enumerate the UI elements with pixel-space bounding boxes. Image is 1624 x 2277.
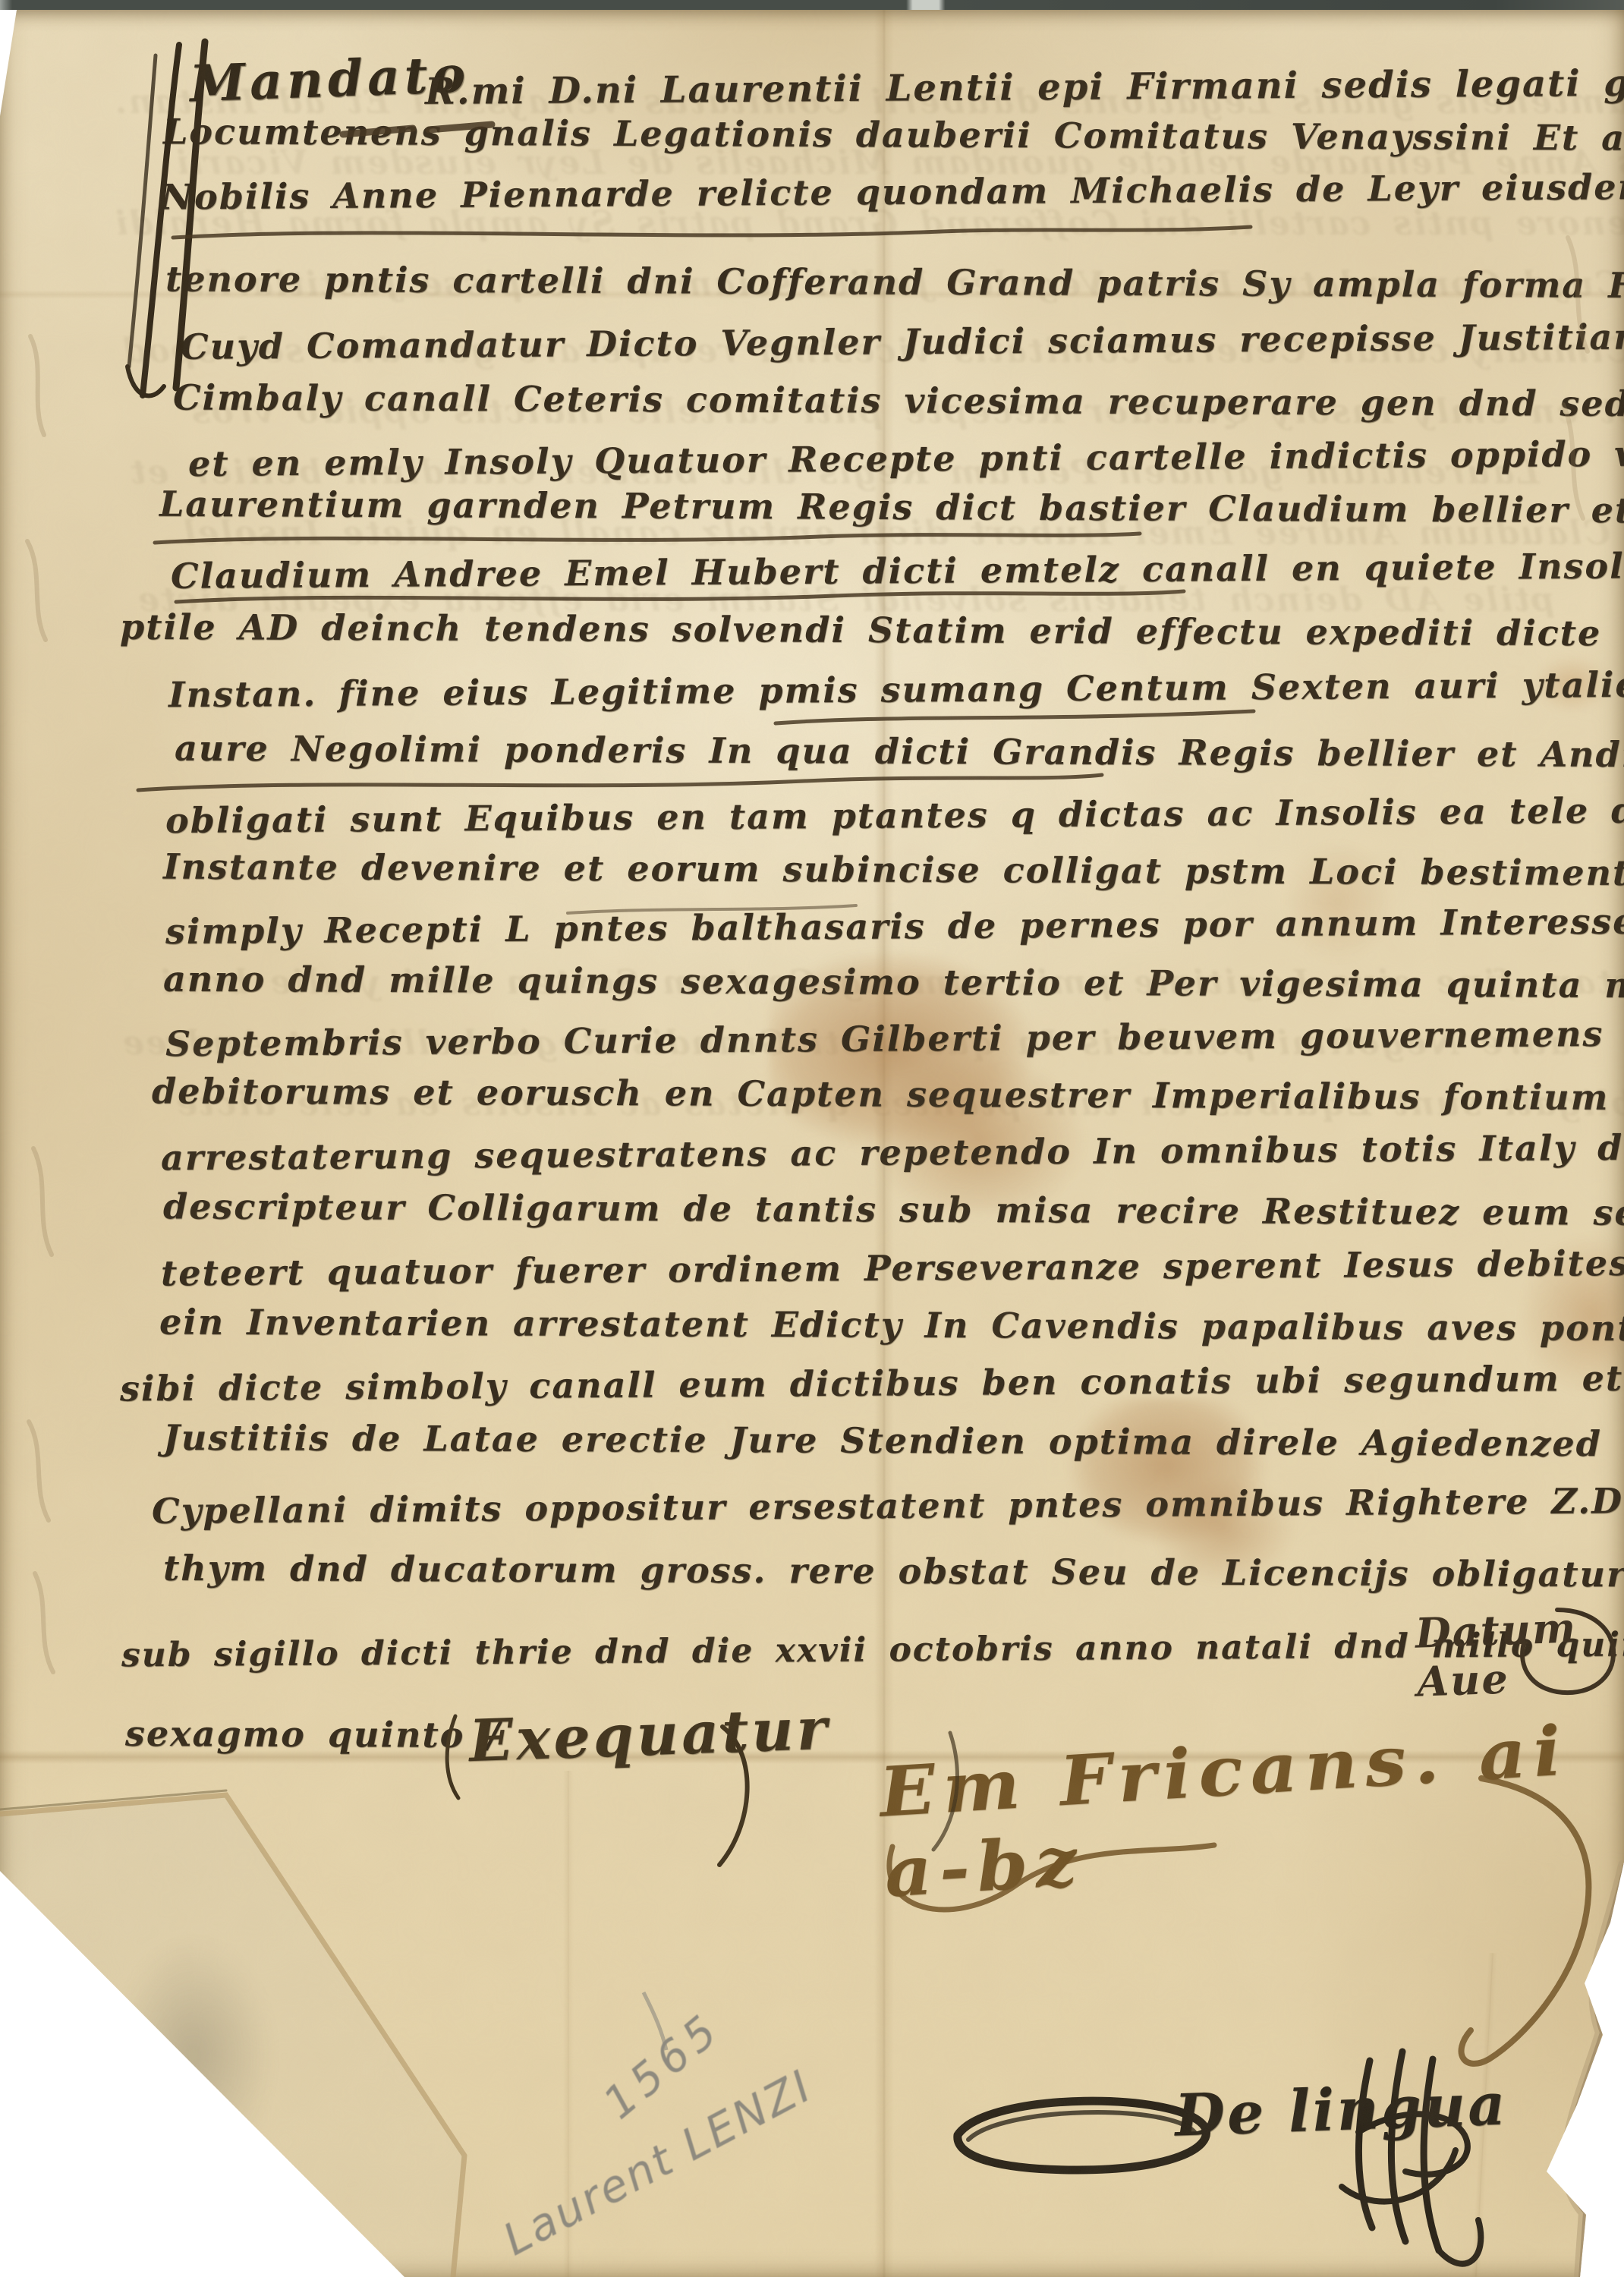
ink-decorations: [0, 10, 1624, 2277]
document-scan: Locumtenens gnalis Legationis dauberii C…: [0, 0, 1624, 2277]
manuscript-page: Locumtenens gnalis Legationis dauberii C…: [0, 10, 1624, 2277]
paper-grain: [0, 10, 1624, 2277]
scanner-edge-bar: [0, 0, 1624, 10]
